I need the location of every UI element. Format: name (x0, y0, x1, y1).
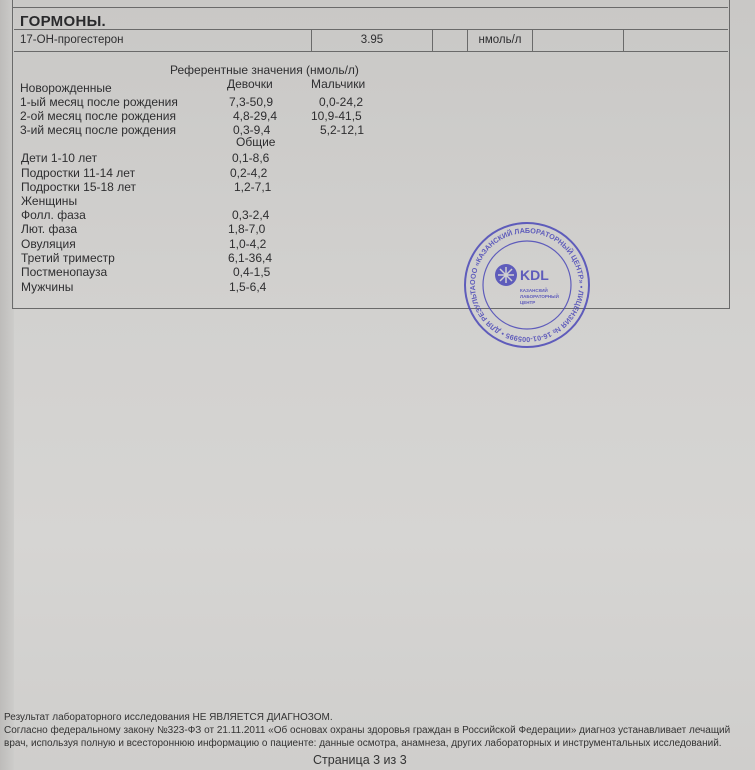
common-header: Общие (236, 135, 275, 149)
test-unit: нмоль/л (467, 30, 532, 51)
row-label: Третий триместр (21, 251, 115, 265)
svg-text:KDL: KDL (520, 267, 549, 283)
kdl-logo-icon (495, 264, 517, 286)
boys-range: 10,9-41,5 (311, 109, 362, 123)
row-label: Фолл. фаза (21, 208, 86, 222)
row-label: Постменопауза (21, 265, 107, 279)
girls-range: 7,3-50,9 (229, 95, 273, 109)
common-range: 1,2-7,1 (234, 180, 271, 194)
row-label: Лют. фаза (21, 222, 77, 236)
row-label: Овуляция (21, 237, 76, 251)
common-range: 1,5-6,4 (229, 280, 266, 294)
common-range: 0,1-8,6 (232, 151, 269, 165)
row-label: Подростки 11-14 лет (21, 166, 135, 180)
empty-cell (532, 30, 623, 51)
common-range: 1,0-4,2 (229, 237, 266, 251)
row-label: 3-ий месяц после рождения (20, 123, 176, 137)
lab-stamp: ООО «КАЗАНСКИЙ ЛАБОРАТОРНЫЙ ЦЕНТР» • ЛИЦ… (462, 220, 592, 350)
boys-header: Мальчики (311, 77, 365, 91)
row-label: 2-ой месяц после рождения (20, 109, 176, 123)
newborns-label: Новорожденные (20, 81, 112, 95)
girls-header: Девочки (227, 77, 273, 91)
svg-text:КАЗАНСКИЙ: КАЗАНСКИЙ (520, 286, 548, 293)
common-range: 6,1-36,4 (228, 251, 272, 265)
law-notice-line: Согласно федеральному закону №323-ФЗ от … (4, 725, 730, 736)
disclaimer-line: Результат лабораторного исследования НЕ … (4, 712, 333, 723)
row-label: 1-ый месяц после рождения (20, 95, 178, 109)
svg-text:ЦЕНТР: ЦЕНТР (520, 300, 535, 305)
result-row: 17-ОН-прогестерон 3.95 нмоль/л (14, 29, 728, 52)
test-value: 3.95 (311, 30, 432, 51)
boys-range: 5,2-12,1 (320, 123, 364, 137)
empty-cell (623, 30, 728, 51)
common-range: 0,3-2,4 (232, 208, 269, 222)
reference-title: Референтные значения (нмоль/л) (170, 63, 359, 77)
boys-range: 0,0-24,2 (319, 95, 363, 109)
row-label: Мужчины (21, 280, 73, 294)
flag-cell (432, 30, 467, 51)
girls-range: 4,8-29,4 (233, 109, 277, 123)
law-notice-line: врач, используя полную и всестороннюю ин… (4, 738, 722, 749)
svg-text:ЛАБОРАТОРНЫЙ: ЛАБОРАТОРНЫЙ (520, 292, 559, 299)
test-name: 17-ОН-прогестерон (20, 30, 310, 51)
common-range: 1,8-7,0 (228, 222, 265, 236)
common-range: 0,2-4,2 (230, 166, 267, 180)
row-label: Женщины (21, 194, 77, 208)
common-range: 0,4-1,5 (233, 265, 270, 279)
page-number: Страница 3 из 3 (313, 753, 407, 767)
row-label: Дети 1-10 лет (21, 151, 97, 165)
section-title: ГОРМОНЫ. (20, 13, 106, 30)
row-label: Подростки 15-18 лет (21, 180, 136, 194)
